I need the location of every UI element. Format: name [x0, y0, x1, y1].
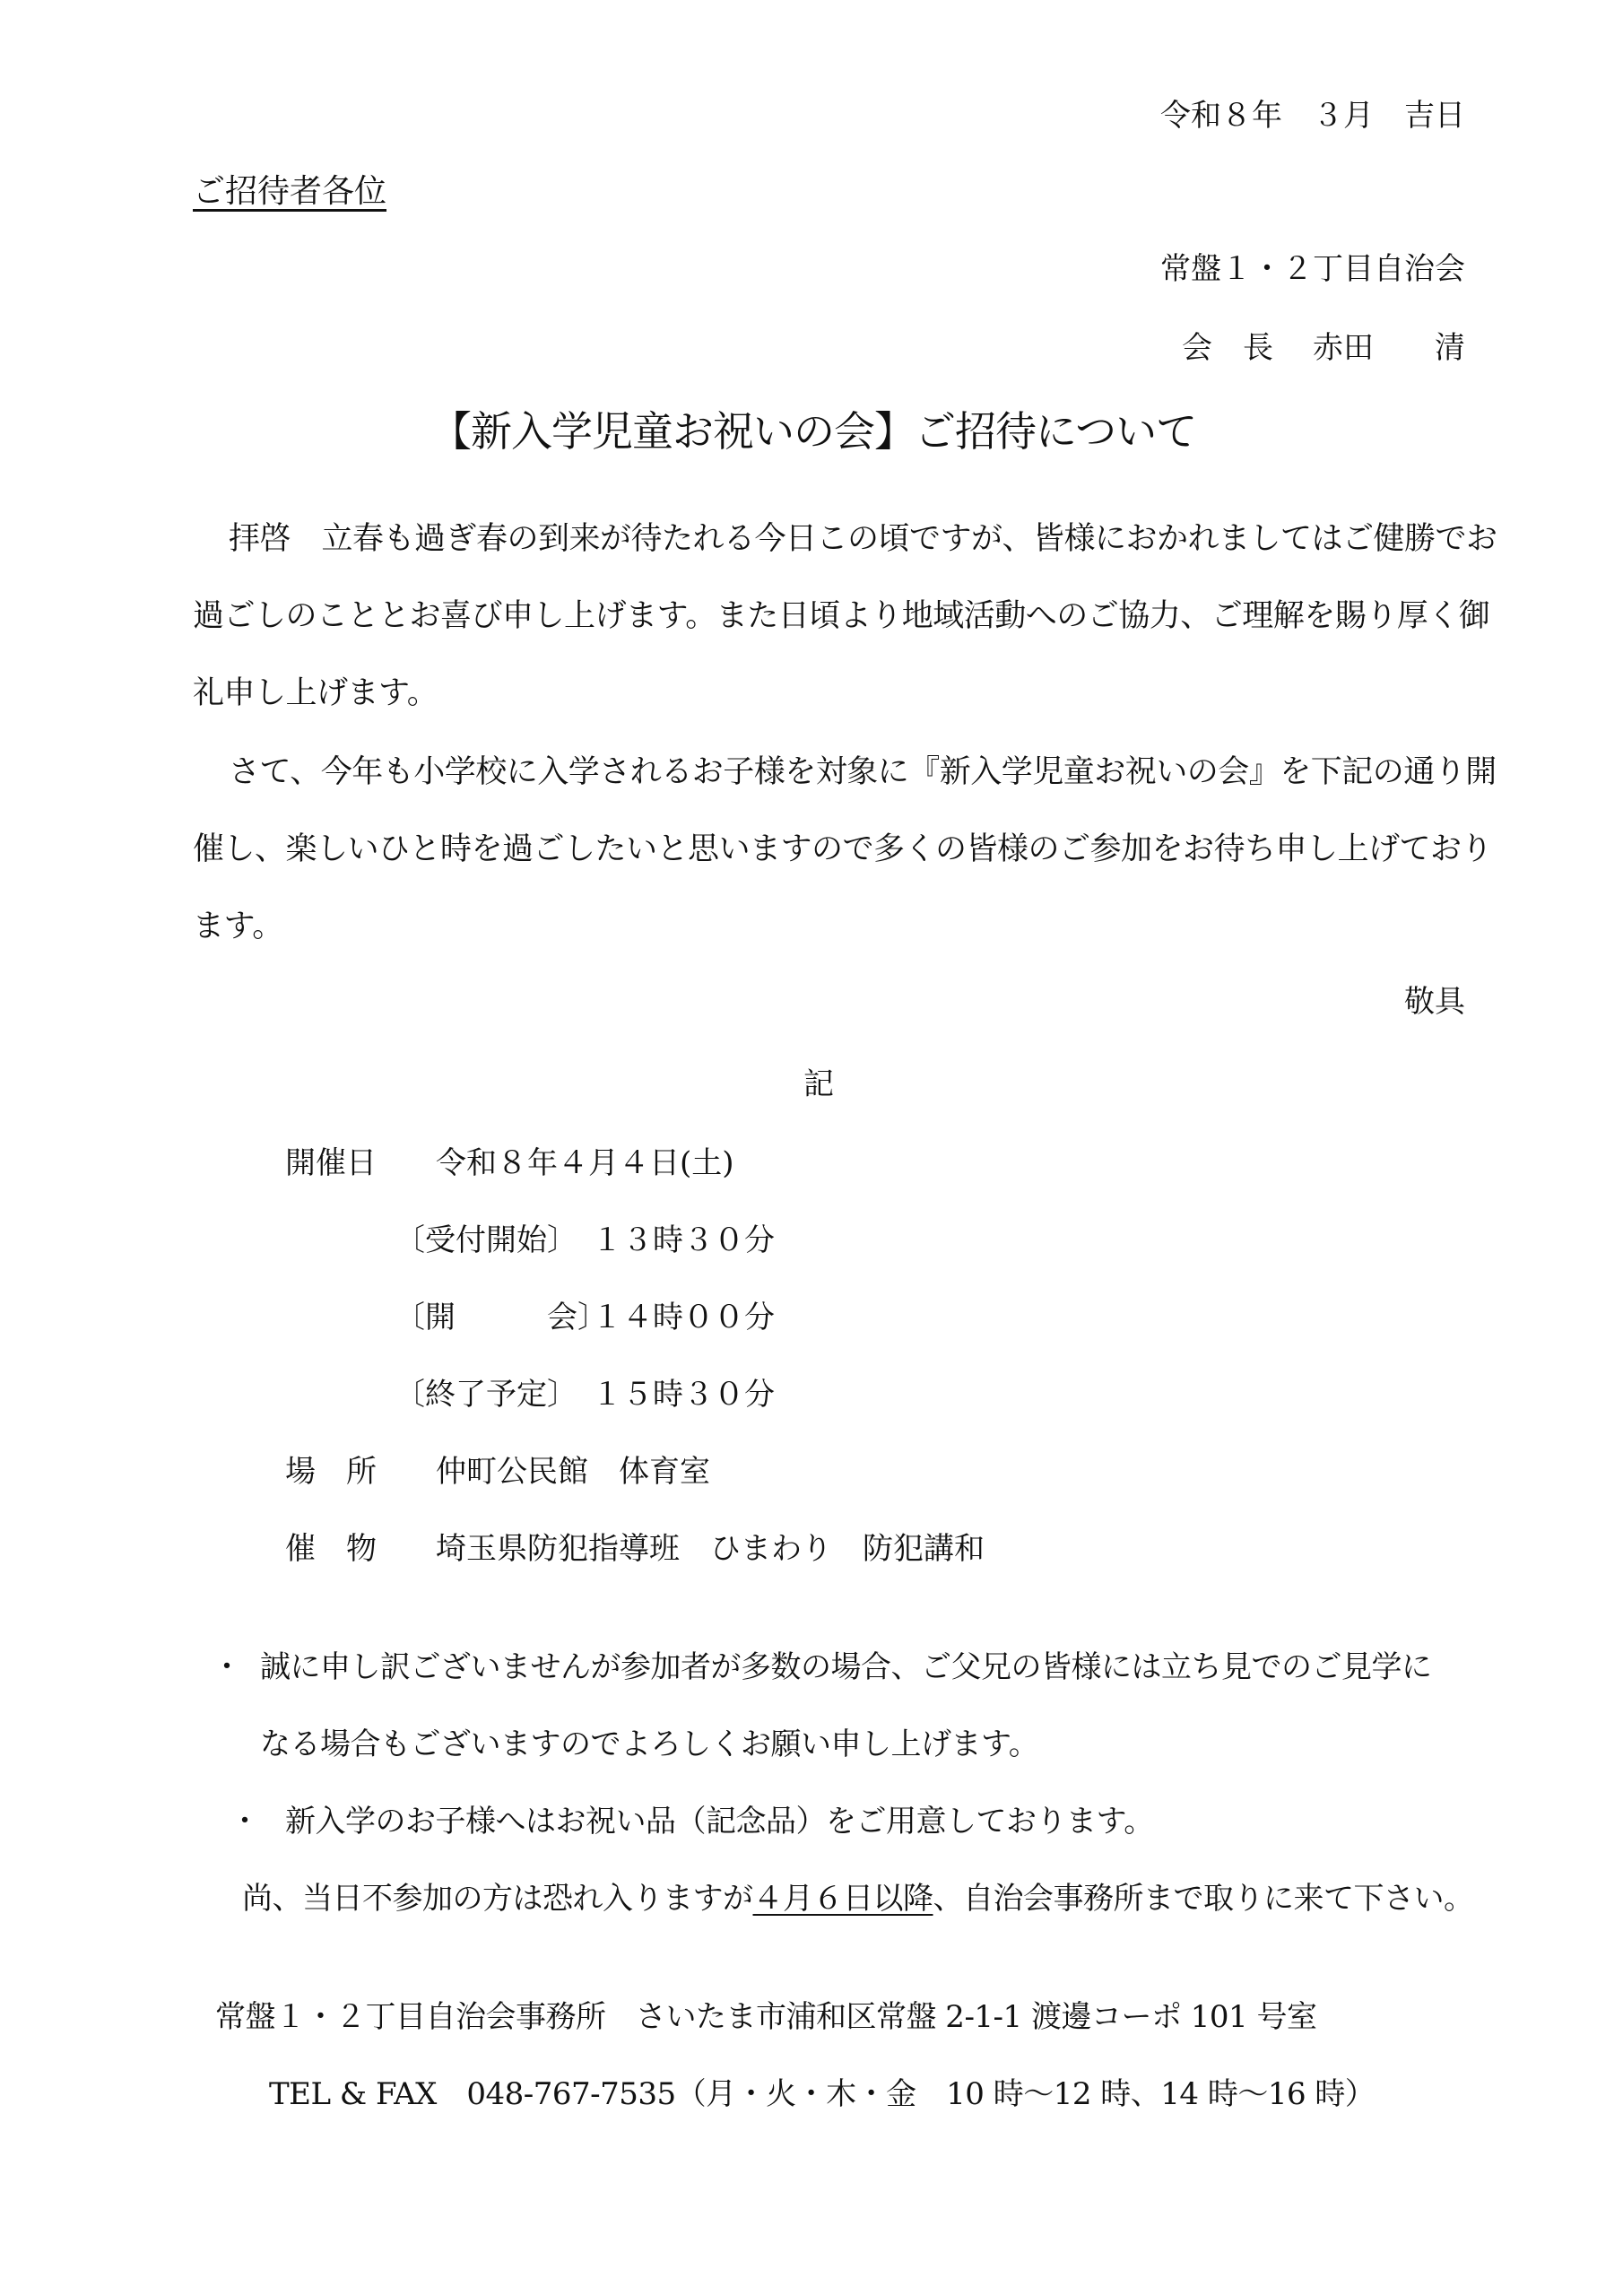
- body-paragraph-1-line-2: 過ごしのこととお喜び申し上げます。また日頃より地域活動へのご協力、ご理解を賜り厚…: [193, 601, 1448, 632]
- note-2: 新入学のお子様へはお祝い品（記念品）をご用意しております。: [285, 1806, 1541, 1837]
- contact-info: TEL & FAX 048-767-7535（月・火・木・金 10 時～12 時…: [269, 2079, 1375, 2109]
- sender: 会 長赤田 清: [1182, 333, 1465, 363]
- pickup-date-underlined: ４月６日以降: [753, 1881, 933, 1917]
- event-label: 催 物: [285, 1534, 377, 1564]
- body-paragraph-2-line-1: さて、今年も小学校に入学されるお子様を対象に『新入学児童お祝いの会』を下記の通り…: [193, 757, 1448, 788]
- note-1-line-2: なる場合もございますのでよろしくお願い申し上げます。: [260, 1729, 1515, 1760]
- sender-title: 会 長: [1182, 330, 1273, 366]
- end-label: 〔終了予定〕: [395, 1379, 577, 1410]
- document-title: 【新入学児童お祝いの会】ご招待について: [430, 411, 1196, 452]
- place-label: 場 所: [285, 1457, 377, 1487]
- document-page: 令和８年 ３月 吉日 ご招待者各位 常盤１・２丁目自治会 会 長赤田 清 【新入…: [0, 0, 1623, 2296]
- note-1-line-1: 誠に申し訳ございませんが参加者が多数の場合、ご父兄の皆様には立ち見でのご見学に: [260, 1652, 1515, 1683]
- body-paragraph-2-line-3: ます。: [193, 911, 1448, 943]
- organization-name: 常盤１・２丁目自治会: [1160, 254, 1465, 284]
- opening-time: １４時００分: [592, 1302, 775, 1333]
- office-address: 常盤１・２丁目自治会事務所 さいたま市浦和区常盤 2-1-1 渡邊コーポ 101…: [215, 2002, 1317, 2032]
- place-value: 仲町公民館 体育室: [436, 1457, 710, 1487]
- addressee: ご招待者各位: [193, 176, 386, 208]
- event-value: 埼玉県防犯指導班 ひまわり 防犯講和: [436, 1534, 985, 1564]
- reception-label: 〔受付開始〕: [395, 1225, 577, 1256]
- reception-time: １３時３０分: [592, 1225, 775, 1256]
- bullet-icon: ・: [212, 1652, 242, 1683]
- end-time: １５時３０分: [592, 1379, 775, 1410]
- bullet-icon: ・: [230, 1806, 260, 1837]
- ki-heading: 記: [803, 1069, 834, 1100]
- date-label: 開催日: [285, 1148, 377, 1178]
- closing-keigu: 敬具: [1404, 987, 1465, 1017]
- body-paragraph-2-line-2: 催し、楽しいひと時を過ごしたいと思いますので多くの皆様のご参加をお待ち申し上げて…: [193, 834, 1448, 865]
- body-paragraph-1-line-1: 拝啓 立春も過ぎ春の到来が待たれる今日この頃ですが、皆様におかれましてはご健勝で…: [193, 524, 1448, 555]
- sender-name: 赤田 清: [1313, 330, 1465, 366]
- note-3: 尚、当日不参加の方は恐れ入りますが４月６日以降、自治会事務所まで取りに来て下さい…: [242, 1883, 1497, 1914]
- body-paragraph-1-line-3: 礼申し上げます。: [193, 678, 1448, 709]
- date-value: 令和８年４月４日(土): [436, 1148, 734, 1178]
- opening-label: 〔開 会〕: [395, 1302, 608, 1333]
- document-date: 令和８年 ３月 吉日: [1160, 100, 1465, 131]
